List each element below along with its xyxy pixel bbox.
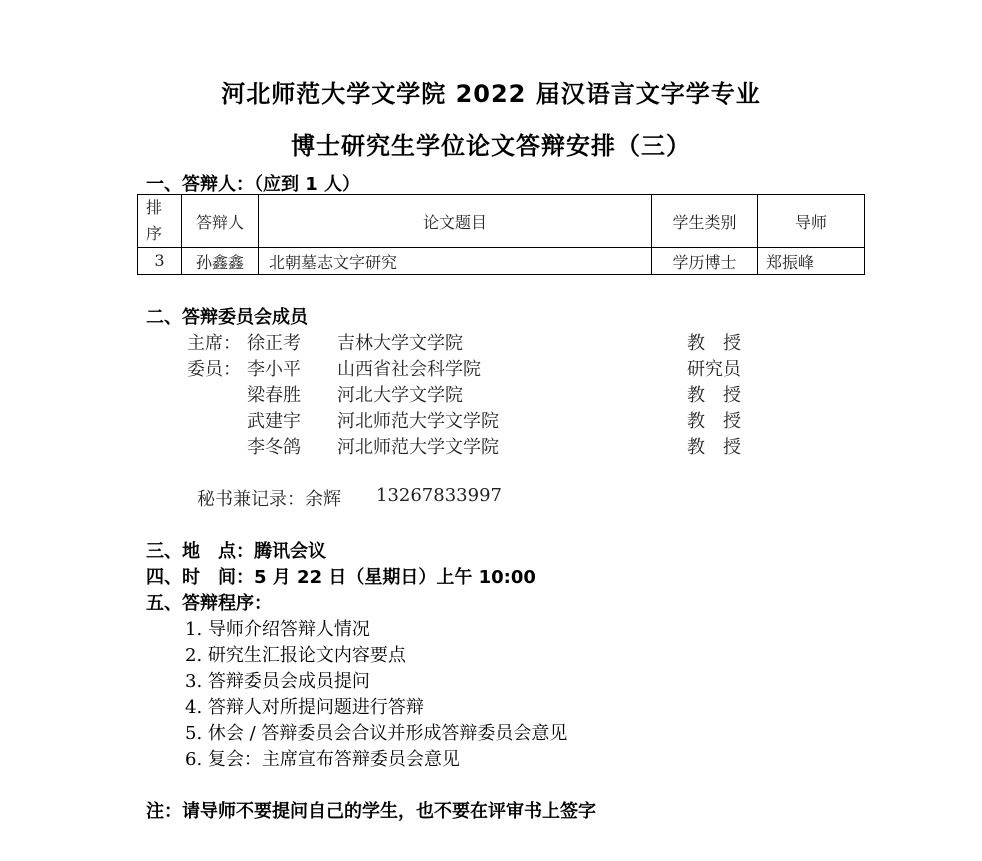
document-title-line-2: 博士研究生学位论文答辩安排（三）: [0, 126, 982, 161]
member-title: 教 授: [687, 407, 741, 433]
section-4-time: 四、时 间：5 月 22 日（星期日）上午 10:00: [146, 563, 536, 589]
procedure-step: 4. 答辩人对所提问题进行答辩: [185, 693, 424, 719]
cell-student-type: 学历博士: [652, 248, 758, 275]
document-title-line-1: 河北师范大学文学院 2022 届汉语言文字学专业: [0, 74, 982, 109]
member-role: 委员：: [187, 355, 241, 381]
header-student-type: 学生类别: [652, 195, 758, 248]
procedure-step: 2. 研究生汇报论文内容要点: [185, 641, 406, 667]
secretary-phone: 13267833997: [376, 485, 502, 506]
member-institution: 河北大学文学院: [337, 381, 463, 407]
member-institution: 山西省社会科学院: [337, 355, 481, 381]
procedure-step: 1. 导师介绍答辩人情况: [185, 615, 370, 641]
section-3-location: 三、地 点：腾讯会议: [146, 537, 326, 563]
procedure-step: 3. 答辩委员会成员提问: [185, 667, 370, 693]
section-2-heading: 二、答辩委员会成员: [146, 303, 308, 329]
header-seq: 排 序: [138, 195, 182, 248]
header-advisor: 导师: [758, 195, 865, 248]
member-name: 梁春胜: [247, 381, 301, 407]
member-title: 教 授: [687, 381, 741, 407]
member-institution: 河北师范大学文学院: [337, 433, 499, 459]
member-role: 主席：: [187, 329, 241, 355]
secretary-label: 秘书兼记录：余辉: [197, 485, 341, 511]
member-name: 李小平: [247, 355, 301, 381]
header-thesis-title: 论文题目: [259, 195, 652, 248]
member-name: 徐正考: [247, 329, 301, 355]
table-row: 3 孙鑫鑫 北朝墓志文字研究 学历博士 郑振峰: [138, 248, 865, 275]
section-5-heading: 五、答辩程序：: [146, 589, 272, 615]
section-1-heading: 一、答辩人：（应到 1 人）: [146, 170, 360, 196]
cell-advisor: 郑振峰: [758, 248, 865, 275]
member-title: 教 授: [687, 433, 741, 459]
cell-candidate: 孙鑫鑫: [182, 248, 259, 275]
member-title: 研究员: [687, 355, 741, 381]
table-header-row: 排 序 答辩人 论文题目 学生类别 导师: [138, 195, 865, 248]
advisor-note: 注：请导师不要提问自己的学生，也不要在评审书上签字: [146, 797, 596, 823]
member-institution: 河北师范大学文学院: [337, 407, 499, 433]
member-name: 李冬鸽: [247, 433, 301, 459]
defense-candidate-table: 排 序 答辩人 论文题目 学生类别 导师 3 孙鑫鑫 北朝墓志文字研究 学历博士…: [137, 194, 865, 275]
member-title: 教 授: [687, 329, 741, 355]
procedure-step: 6. 复会：主席宣布答辩委员会意见: [185, 745, 460, 771]
procedure-step: 5. 休会 / 答辩委员会合议并形成答辩委员会意见: [185, 719, 567, 745]
member-institution: 吉林大学文学院: [337, 329, 463, 355]
header-candidate: 答辩人: [182, 195, 259, 248]
cell-seq: 3: [138, 248, 182, 275]
member-name: 武建宇: [247, 407, 301, 433]
cell-thesis-title: 北朝墓志文字研究: [259, 248, 652, 275]
